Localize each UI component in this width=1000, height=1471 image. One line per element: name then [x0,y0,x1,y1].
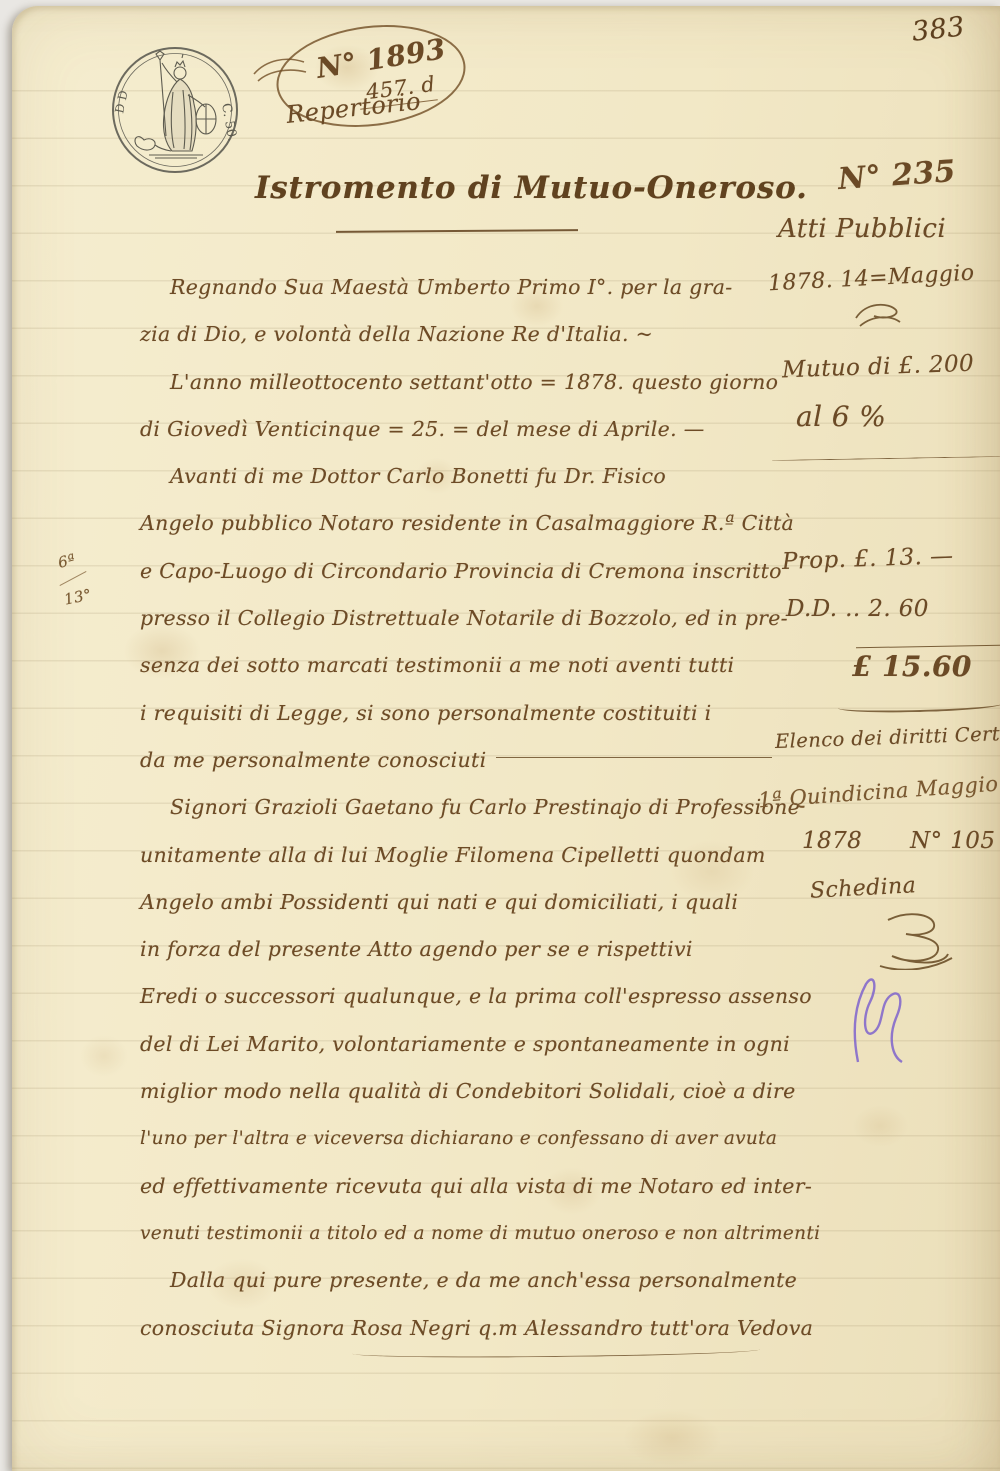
schedule-year: 1878 [802,828,862,854]
body-line: presso il Collegio Distrettuale Notarile… [140,595,772,642]
body-line: venuti testimonii a titolo ed a nome di … [140,1210,772,1257]
interest-rate-note: al 6 % [796,400,886,433]
body-line: del di Lei Marito, volontariamente e spo… [140,1021,772,1068]
fee-dd: D.D. .. 2. 60 [786,596,929,622]
body-text: Regnando Sua Maestà Umberto Primo I°. pe… [140,264,772,1352]
body-line: Avanti di me Dottor Carlo Bonetti fu Dr.… [140,453,772,500]
document-title: Istromento di Mutuo-Oneroso. [255,170,808,206]
body-line: L'anno milleottocento settant'otto = 187… [140,359,772,406]
act-type: Atti Pubblici [778,214,946,244]
body-line: miglior modo nella qualità di Condebitor… [140,1068,772,1115]
body-line: di Giovedì Venticinque = 25. = del mese … [140,406,772,453]
body-line: ed effettivamente ricevuta qui alla vist… [140,1163,772,1210]
body-line: Dalla qui pure presente, e da me anch'es… [140,1257,772,1304]
body-line: Eredi o successori qualunque, e la prima… [140,973,772,1020]
page-number: 383 [911,11,967,47]
body-line: l'uno per l'altra e viceversa dichiarano… [140,1115,772,1162]
body-line: senza dei sotto marcati testimonii a me … [140,642,772,689]
body-line: Angelo pubblico Notaro residente in Casa… [140,500,772,547]
body-line: zia di Dio, e volontà della Nazione Re d… [140,311,772,358]
schedule-number: N° 105 [910,828,995,854]
schedule-year-number: 1878N° 105 [802,828,995,854]
body-line: unitamente alla di lui Moglie Filomena C… [140,832,772,879]
body-line: Angelo ambi Possidenti qui nati e qui do… [140,879,772,926]
document-scan: 383 [0,0,1000,1471]
body-line: e Capo-Luogo di Circondario Provincia di… [140,548,772,595]
body-line: conosciuta Signora Rosa Negri q.m Alessa… [140,1305,772,1352]
body-line: i requisiti di Legge, si sono personalme… [140,690,772,737]
body-line: Regnando Sua Maestà Umberto Primo I°. pe… [140,264,772,311]
body-line: Signori Grazioli Gaetano fu Carlo Presti… [140,784,772,831]
fee-total: £ 15.60 [852,650,972,683]
body-line: da me personalmente conosciuti [140,737,772,784]
body-line: in forza del presente Atto agendo per se… [140,926,772,973]
